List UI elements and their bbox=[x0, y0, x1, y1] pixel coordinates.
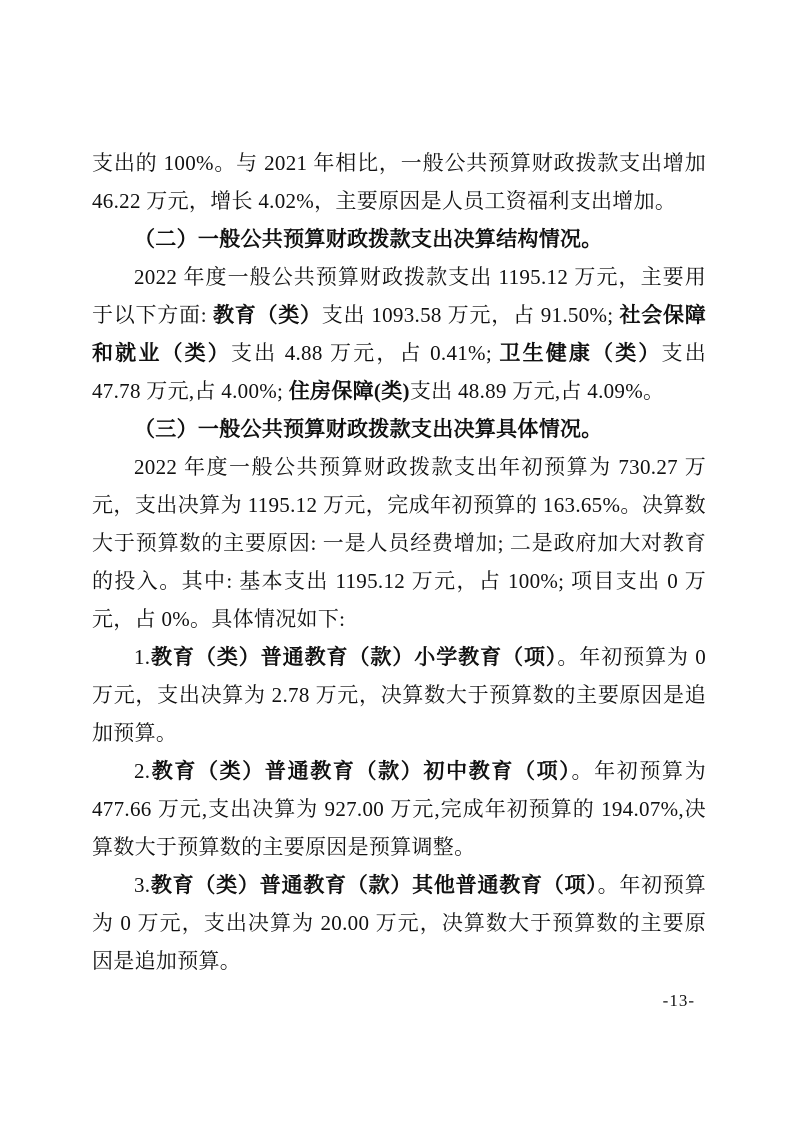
document-body: 支出的 100%。与 2021 年相比，一般公共预算财政拨款支出增加 46.22… bbox=[92, 144, 706, 980]
bold-text-run: 教育（类）普通教育（款）小学教育（项） bbox=[150, 645, 557, 669]
text-run: 2022 年度一般公共预算财政拨款支出年初预算为 730.27 万元，支出决算为… bbox=[92, 455, 706, 631]
section-heading: （二）一般公共预算财政拨款支出决算结构情况。 bbox=[92, 220, 706, 258]
text-run: 3. bbox=[134, 873, 150, 897]
text-run: 2. bbox=[134, 759, 150, 783]
text-run: 支出的 100%。与 2021 年相比，一般公共预算财政拨款支出增加 46.22… bbox=[92, 151, 706, 213]
paragraph: 支出的 100%。与 2021 年相比，一般公共预算财政拨款支出增加 46.22… bbox=[92, 144, 706, 220]
paragraph: 2.教育（类）普通教育（款）初中教育（项）。年初预算为 477.66 万元,支出… bbox=[92, 752, 706, 866]
bold-text-run: 教育（类） bbox=[213, 303, 322, 327]
section-heading: （三）一般公共预算财政拨款支出决算具体情况。 bbox=[92, 410, 706, 448]
paragraph: 2022 年度一般公共预算财政拨款支出年初预算为 730.27 万元，支出决算为… bbox=[92, 448, 706, 638]
text-run: 支出 1093.58 万元，占 91.50%; bbox=[322, 303, 620, 327]
bold-text-run: 教育（类）普通教育（款）初中教育（项） bbox=[150, 759, 571, 783]
paragraph: 1.教育（类）普通教育（款）小学教育（项）。年初预算为 0 万元，支出决算为 2… bbox=[92, 638, 706, 752]
paragraph: 2022 年度一般公共预算财政拨款支出 1195.12 万元，主要用于以下方面:… bbox=[92, 258, 706, 410]
bold-text-run: 卫生健康（类） bbox=[499, 341, 661, 365]
text-run: 1. bbox=[134, 645, 150, 669]
bold-text-run: （二）一般公共预算财政拨款支出决算结构情况。 bbox=[134, 227, 603, 251]
bold-text-run: 住房保障(类) bbox=[289, 379, 410, 403]
page-number: -13- bbox=[663, 991, 695, 1011]
bold-text-run: （三）一般公共预算财政拨款支出决算具体情况。 bbox=[134, 417, 603, 441]
text-run: 支出 48.89 万元,占 4.09%。 bbox=[410, 379, 665, 403]
document-page: 支出的 100%。与 2021 年相比，一般公共预算财政拨款支出增加 46.22… bbox=[0, 0, 793, 1122]
text-run: 支出 4.88 万元，占 0.41%; bbox=[231, 341, 499, 365]
paragraph: 3.教育（类）普通教育（款）其他普通教育（项）。年初预算为 0 万元，支出决算为… bbox=[92, 866, 706, 980]
bold-text-run: 教育（类）普通教育（款）其他普通教育（项） bbox=[150, 873, 597, 897]
